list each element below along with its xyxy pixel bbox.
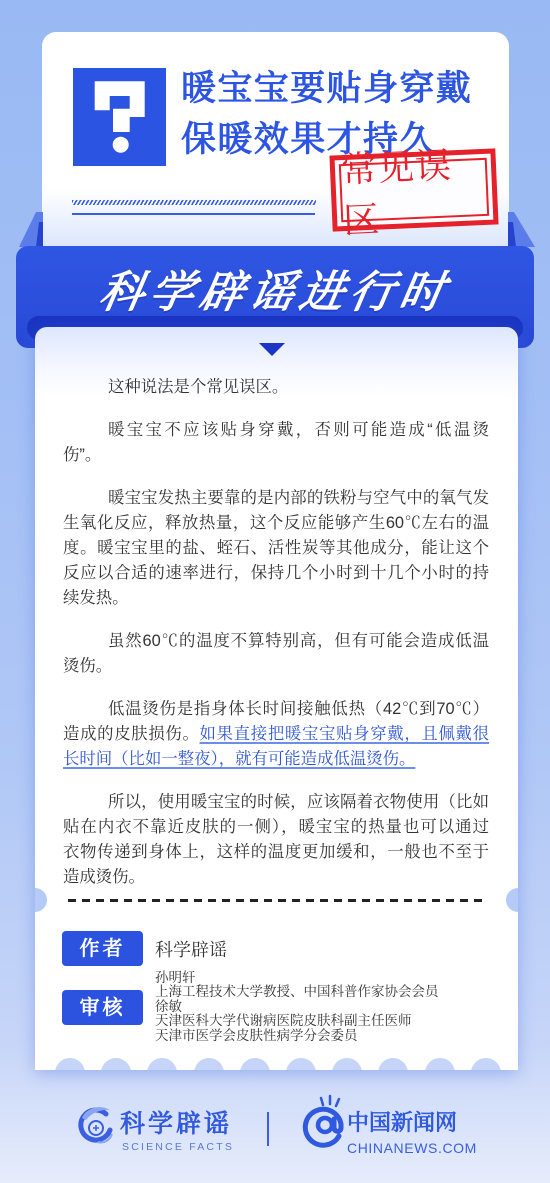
ticket-notch-right (506, 888, 518, 912)
text-segment: 造成的皮肤损伤。 (63, 725, 200, 743)
infographic-page: 暖宝宝要贴身穿戴 保暖效果才持久 常见误区 科学辟谣进行时 这种说法是个常见误区… (0, 0, 550, 1183)
at-sign-logo-icon (301, 1094, 347, 1148)
text-line: 造成烫伤。 (63, 865, 489, 890)
paragraph-6: 所以，使用暖宝宝的时候，应该隔着衣物使用（比如 贴在内衣不靠近皮肤的一侧），暖宝… (63, 790, 489, 890)
science-facts-logo-icon (76, 1104, 116, 1146)
triangle-down-icon (259, 343, 285, 356)
text-line: 长时间（比如一整夜），就有可能造成低温烫伤。 (63, 747, 489, 772)
logo-divider (267, 1112, 269, 1146)
scallop-edge (332, 1058, 362, 1070)
science-facts-logo-text: 科学辟谣 (120, 1110, 232, 1138)
scallop-edge (425, 1058, 455, 1070)
reviewer-list: 孙明轩 上海工程技术大学教授、中国科普作家协会会员 徐敏 天津医科大学代谢病医院… (155, 971, 439, 1043)
text-line: 低温烫伤是指身体长时间接触低热（42℃到70℃） (63, 697, 489, 722)
text-line: 暖宝宝不应该贴身穿戴，否则可能造成“低温烫 (63, 418, 489, 443)
chinanews-logo-subtitle: CHINANEWS.COM (347, 1140, 477, 1156)
reviewer-line: 上海工程技术大学教授、中国科普作家协会会员 (155, 985, 439, 999)
text-line: 衣物传递到身体上，这样的温度更加缓和，一般也不至于 (63, 840, 489, 865)
author-name: 科学辟谣 (155, 938, 227, 962)
paragraph-4: 虽然60℃的温度不算特别高，但有可能会造成低温 烫伤。 (63, 629, 489, 679)
author-label-badge: 作者 (62, 931, 143, 966)
text-line: 烫伤。 (63, 654, 489, 679)
paragraph-1: 这种说法是个常见误区。 (63, 375, 489, 400)
scallop-edge (194, 1058, 224, 1070)
text-line: 度。暖宝宝里的盐、蛭石、活性炭等其他成分，能让这个 (63, 536, 489, 561)
text-line: 虽然60℃的温度不算特别高，但有可能会造成低温 (63, 629, 489, 654)
highlight-link[interactable]: 如果直接把暖宝宝贴身穿戴，且佩戴很 (200, 725, 489, 743)
reviewer-line: 天津市医学会皮肤性病学分会委员 (155, 1029, 439, 1043)
question-mark-icon (73, 68, 166, 166)
text-line: 这种说法是个常见误区。 (63, 375, 489, 400)
text-line: 贴在内衣不靠近皮肤的一侧），暖宝宝的热量也可以通过 (63, 815, 489, 840)
paragraph-2: 暖宝宝不应该贴身穿戴，否则可能造成“低温烫 伤”。 (63, 418, 489, 468)
dashed-divider (68, 899, 482, 902)
banner-title: 科学辟谣进行时 (12, 268, 539, 318)
text-line: 生氧化反应，释放热量，这个反应能够产生60℃左右的温 (63, 511, 489, 536)
paragraph-3: 暖宝宝发热主要靠的是内部的铁粉与空气中的氧气发 生氧化反应，释放热量，这个反应能… (63, 486, 489, 611)
scallop-edge (378, 1058, 408, 1070)
ticket-notch-left (35, 888, 47, 912)
scallop-edge (471, 1058, 501, 1070)
text-line: 续发热。 (63, 586, 489, 611)
text-line: 反应以合适的速率进行，保持几个小时到十几个小时的持 (63, 561, 489, 586)
reviewer-label-badge: 审核 (62, 990, 143, 1025)
text-line: 伤”。 (63, 443, 489, 468)
text-line: 造成的皮肤损伤。如果直接把暖宝宝贴身穿戴，且佩戴很 (63, 722, 489, 747)
scallop-edge (55, 1058, 85, 1070)
scallop-edge (147, 1058, 177, 1070)
article-body: 这种说法是个常见误区。 暖宝宝不应该贴身穿戴，否则可能造成“低温烫 伤”。 暖宝… (63, 375, 489, 908)
text-line: 所以，使用暖宝宝的时候，应该隔着衣物使用（比如 (63, 790, 489, 815)
scallop-edge (286, 1058, 316, 1070)
headline-line-1: 暖宝宝要贴身穿戴 (181, 69, 472, 109)
scallop-edge (240, 1058, 270, 1070)
text-line: 暖宝宝发热主要靠的是内部的铁粉与空气中的氧气发 (63, 486, 489, 511)
chinanews-logo-text: 中国新闻网 (347, 1111, 457, 1137)
article-card: 这种说法是个常见误区。 暖宝宝不应该贴身穿戴，否则可能造成“低温烫 伤”。 暖宝… (35, 327, 518, 1070)
paragraph-5: 低温烫伤是指身体长时间接触低热（42℃到70℃） 造成的皮肤损伤。如果直接把暖宝… (63, 697, 489, 772)
scallop-edge (101, 1058, 131, 1070)
science-facts-logo-subtitle: SCIENCE FACTS (122, 1141, 234, 1153)
highlight-link[interactable]: 长时间（比如一整夜），就有可能造成低温烫伤。 (63, 750, 415, 768)
reviewer-line: 天津医科大学代谢病医院皮肤科副主任医师 (155, 1014, 439, 1028)
